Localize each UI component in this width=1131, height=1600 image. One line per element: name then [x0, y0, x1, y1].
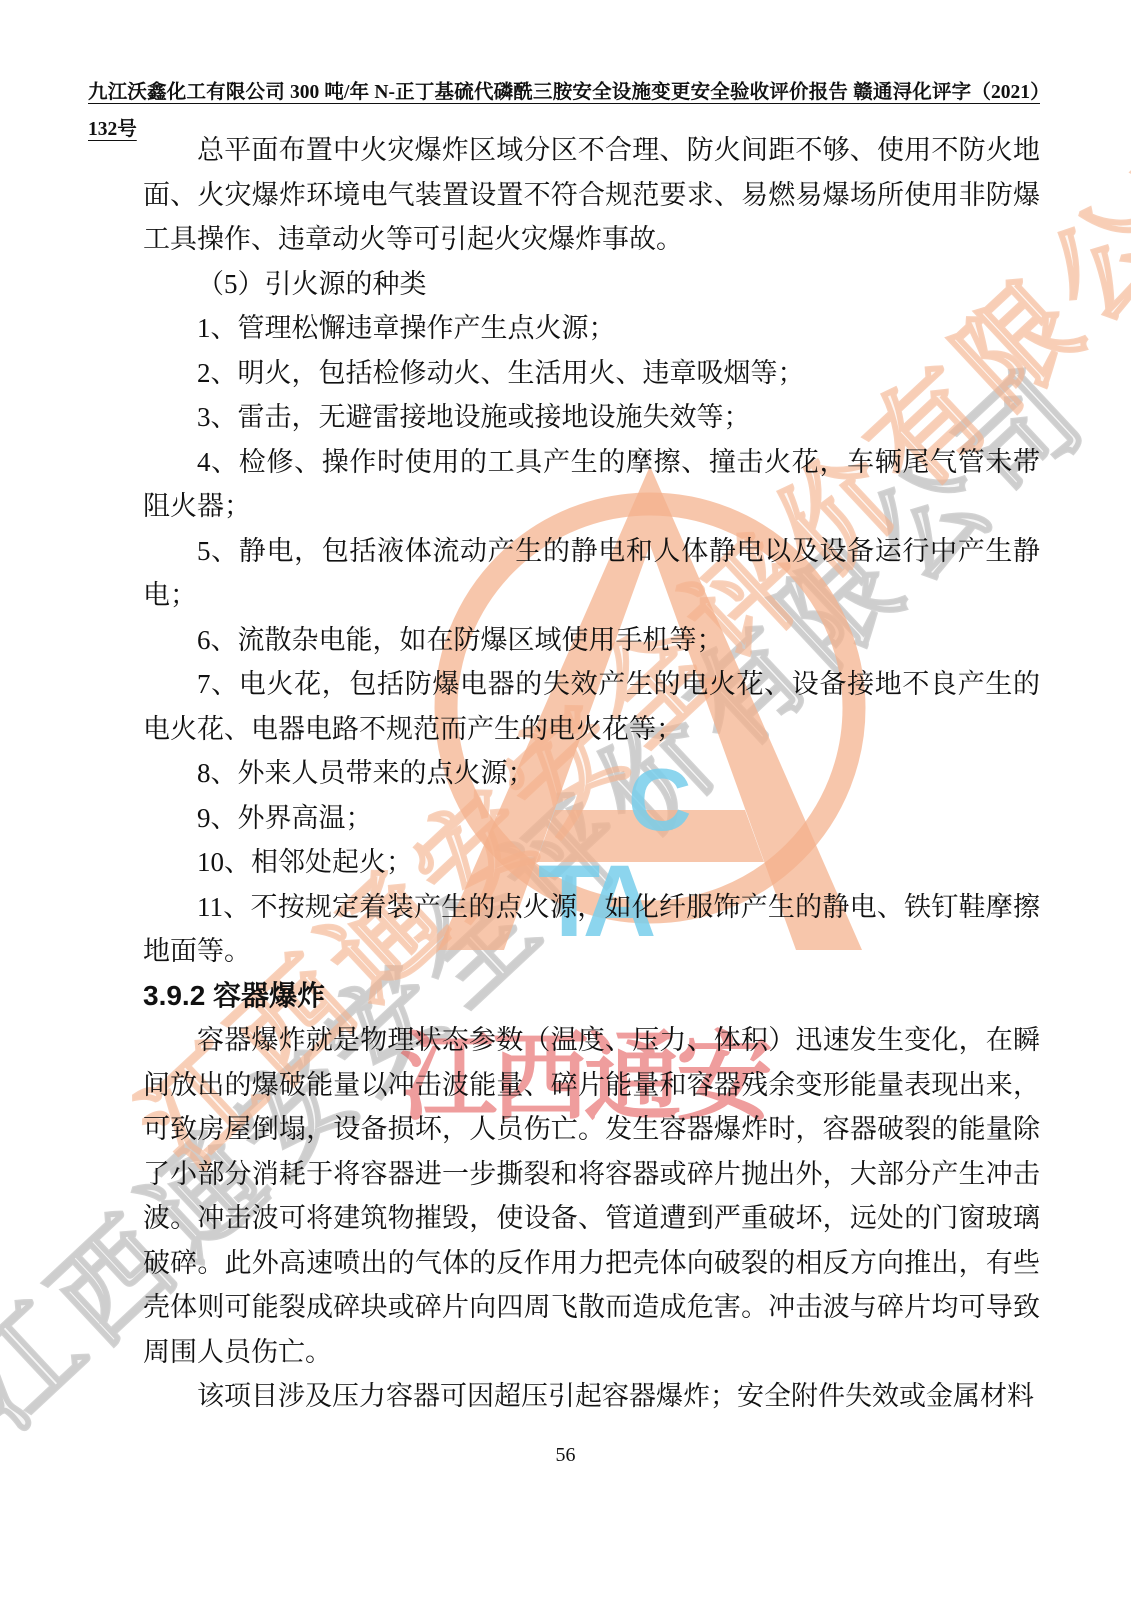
list-item: 10、相邻处起火； [143, 840, 1040, 885]
page-number: 56 [0, 1444, 1131, 1467]
list-item: 1、管理松懈违章操作产生点火源； [143, 306, 1040, 351]
list-item: 6、流散杂电能，如在防爆区域使用手机等； [143, 618, 1040, 663]
section-heading: 3.9.2 容器爆炸 [143, 974, 1040, 1019]
paragraph: （5）引火源的种类 [143, 262, 1040, 307]
list-item: 9、外界高温； [143, 796, 1040, 841]
document-body: 总平面布置中火灾爆炸区域分区不合理、防火间距不够、使用不防火地面、火灾爆炸环境电… [143, 128, 1040, 1419]
list-item: 4、检修、操作时使用的工具产生的摩擦、撞击火花，车辆尾气管未带阻火器； [143, 440, 1040, 529]
paragraph: 容器爆炸就是物理状态参数（温度、压力、体积）迅速发生变化，在瞬间放出的爆破能量以… [143, 1018, 1040, 1374]
list-item: 7、电火花，包括防爆电器的失效产生的电火花、设备接地不良产生的电火花、电器电路不… [143, 662, 1040, 751]
list-item: 8、外来人员带来的点火源； [143, 751, 1040, 796]
document-page: 江西通安安全评价有限公司 江西通安安全评价有限公司 C TA 江西通安 九江沃鑫… [0, 0, 1131, 1600]
paragraph: 该项目涉及压力容器可因超压引起容器爆炸；安全附件失效或金属材料 [143, 1374, 1040, 1419]
list-item: 3、雷击，无避雷接地设施或接地设施失效等； [143, 395, 1040, 440]
list-item: 11、不按规定着装产生的点火源，如化纤服饰产生的静电、铁钉鞋摩擦地面等。 [143, 885, 1040, 974]
list-item: 2、明火，包括检修动火、生活用火、违章吸烟等； [143, 351, 1040, 396]
list-item: 5、静电，包括液体流动产生的静电和人体静电以及设备运行中产生静电； [143, 529, 1040, 618]
paragraph: 总平面布置中火灾爆炸区域分区不合理、防火间距不够、使用不防火地面、火灾爆炸环境电… [143, 128, 1040, 262]
